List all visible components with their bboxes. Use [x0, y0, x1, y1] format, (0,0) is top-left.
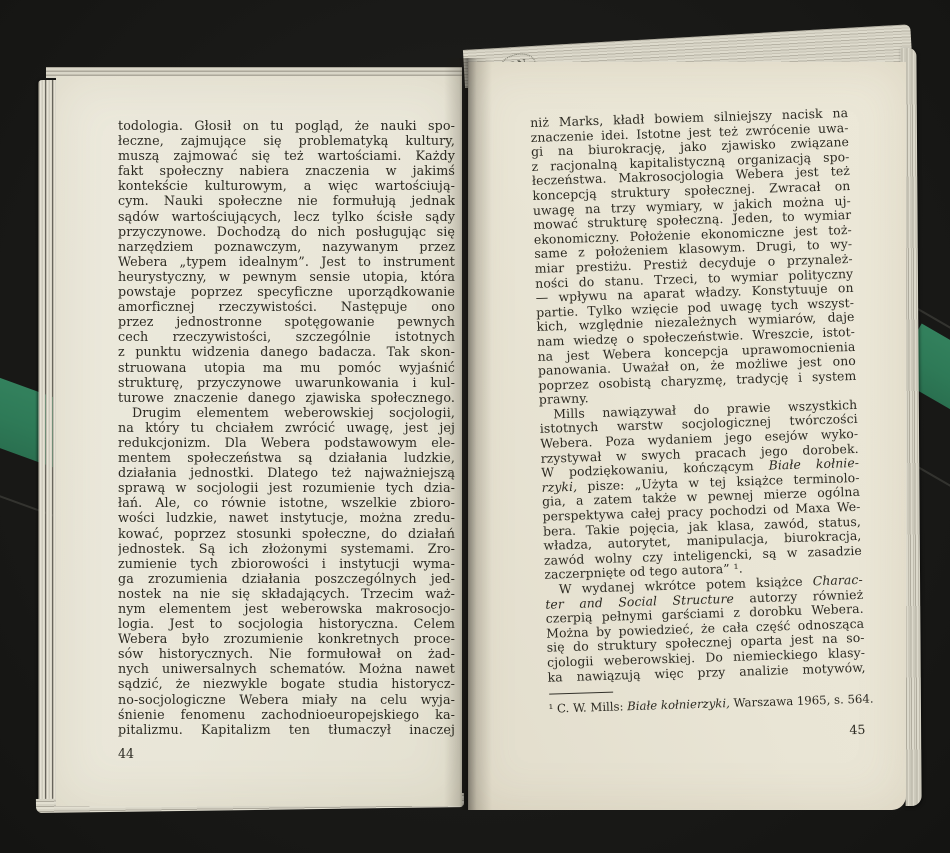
- text-line: ga zrozumienia działania poszczególnych …: [118, 571, 455, 586]
- text-run: redukcjonizm. Dla Webera podstawowym ele…: [118, 435, 455, 450]
- text-run: pitalizmu. Kapitalizm ten tłumaczył inac…: [118, 722, 455, 737]
- text-line: kować, poprzez stosunki społeczne, do dz…: [118, 526, 455, 541]
- italic-text-run: rzyki,: [541, 479, 577, 495]
- left-page-lines: todologia. Głosił on tu pogląd, że nauki…: [118, 118, 455, 737]
- text-run: na który tu chciałem zwrócić uwagę, jest…: [118, 420, 455, 435]
- text-line: cech rzeczywistości, szczególnie istotny…: [118, 329, 455, 344]
- text-line: cym. Nauki społeczne nie formułują jedna…: [118, 193, 455, 208]
- text-line: śnienie fenomenu zachodnioeuropejskiego …: [118, 707, 455, 722]
- right-page-text: niż Marks, kładł bowiem silniejszy nacis…: [530, 106, 868, 747]
- text-line: no-socjologiczne Webera miały na celu wy…: [118, 692, 455, 707]
- italic-text-run: Charac-: [813, 573, 863, 589]
- text-line: mentem społeczeństwa są działania ludzki…: [118, 450, 455, 465]
- text-run: muszą zajmować się też wartościami. Każd…: [118, 148, 455, 163]
- text-line: wości ludzkie, nawet instytucje, można z…: [118, 510, 455, 525]
- text-run: fakt społeczny nabiera znaczenia w jakim…: [118, 163, 455, 178]
- left-page: todologia. Głosił on tu pogląd, że nauki…: [56, 76, 462, 806]
- text-run: ga zrozumienia działania poszczególnych …: [118, 571, 455, 586]
- text-run: Webera „typem idealnym”. Jest to instrum…: [118, 254, 455, 269]
- text-run: ¹ C. W. Mills:: [548, 699, 627, 715]
- text-line: łeczne, zajmujące się problematyką kultu…: [118, 133, 455, 148]
- text-run: Drugim elementem weberowskiej socjologii…: [132, 405, 455, 420]
- text-run: sprawą w socjologii jest rozumienie tych…: [118, 480, 455, 495]
- text-run: cech rzeczywistości, szczególnie istotny…: [118, 329, 455, 344]
- text-line: sów historycznych. Nie formułował on żad…: [118, 646, 455, 661]
- text-line: na który tu chciałem zwrócić uwagę, jest…: [118, 420, 455, 435]
- text-line: narzędziem poznawczym, nazywanym przez: [118, 239, 455, 254]
- text-line: powstaje poprzez specyficzne uporządkowa…: [118, 284, 455, 299]
- text-line: todologia. Głosił on tu pogląd, że nauki…: [118, 118, 455, 133]
- text-run: przyczynowe. Dochodzą do nich posługując…: [118, 224, 455, 239]
- text-line: przez jednostronne spotęgowanie pewnych: [118, 314, 455, 329]
- text-run: no-socjologiczne Webera miały na celu wy…: [118, 692, 455, 707]
- text-line: sądów wartościujących, lecz tylko ścisłe…: [118, 209, 455, 224]
- text-run: wości ludzkie, nawet instytucje, można z…: [118, 510, 455, 525]
- text-run: Webera było zrozumienie konkretnych proc…: [118, 631, 455, 646]
- text-run: sądów wartościujących, lecz tylko ścisłe…: [118, 209, 455, 224]
- text-run: kować, poprzez stosunki społeczne, do dz…: [118, 526, 455, 541]
- text-line: muszą zajmować się też wartościami. Każd…: [118, 148, 455, 163]
- text-run: heurystyczny, w pewnym sensie utopia, kt…: [118, 269, 455, 284]
- text-line: sądzić, że niezwykle bogate studia histo…: [118, 676, 455, 691]
- text-line: amorficznej rzeczywistości. Następuje on…: [118, 299, 455, 314]
- text-run: śnienie fenomenu zachodnioeuropejskiego …: [118, 707, 455, 722]
- left-page-text: todologia. Głosił on tu pogląd, że nauki…: [118, 118, 455, 761]
- text-run: sów historycznych. Nie formułował on żad…: [118, 646, 455, 661]
- text-line: sprawą w socjologii jest rozumienie tych…: [118, 480, 455, 495]
- page-number-left: 44: [118, 746, 455, 761]
- text-run: amorficznej rzeczywistości. Następuje on…: [118, 299, 455, 314]
- text-run: Warszawa 1965, s. 564.: [730, 692, 874, 711]
- text-line: logia. Jest to socjologia historyczna. C…: [118, 616, 455, 631]
- left-page-side-edge: [38, 80, 57, 808]
- text-line: kontekście kulturowym, a więc wartościuj…: [118, 178, 455, 193]
- text-run: logia. Jest to socjologia historyczna. C…: [118, 616, 455, 631]
- text-run: narzędziem poznawczym, nazywanym przez: [118, 239, 455, 254]
- right-page-lines: niż Marks, kładł bowiem silniejszy nacis…: [530, 106, 866, 685]
- text-line: działania jednostki. Dlatego też najważn…: [118, 465, 455, 480]
- text-run: kontekście kulturowym, a więc wartościuj…: [118, 178, 455, 193]
- text-line: łań. Ale, co równie istotne, wszelkie zb…: [118, 495, 455, 510]
- footnote-separator: [549, 692, 613, 695]
- text-line: Webera było zrozumienie konkretnych proc…: [118, 631, 455, 646]
- text-run: struowana utopia ma mu pomóc wyjaśnić: [118, 360, 455, 375]
- text-line: nych uniwersalnych schematów. Można nawe…: [118, 661, 455, 676]
- text-run: nostek na nie się składających. Trzecim …: [118, 586, 455, 601]
- text-line: z punktu widzenia danego badacza. Tak sk…: [118, 344, 455, 359]
- text-run: jednostek. Są ich złożonymi systemami. Z…: [118, 541, 455, 556]
- text-run: cym. Nauki społeczne nie formułują jedna…: [118, 193, 455, 208]
- text-line: nostek na nie się składających. Trzecim …: [118, 586, 455, 601]
- text-line: nym elementem jest weberowska makrosocjo…: [118, 601, 455, 616]
- text-run: przez jednostronne spotęgowanie pewnych: [118, 314, 455, 329]
- text-run: sądzić, że niezwykle bogate studia histo…: [118, 676, 455, 691]
- text-line: struowana utopia ma mu pomóc wyjaśnić: [118, 360, 455, 375]
- text-line: fakt społeczny nabiera znaczenia w jakim…: [118, 163, 455, 178]
- text-run: nym elementem jest weberowska makrosocjo…: [118, 601, 455, 616]
- text-line: pitalizmu. Kapitalizm ten tłumaczył inac…: [118, 722, 455, 737]
- text-run: z punktu widzenia danego badacza. Tak sk…: [118, 344, 455, 359]
- text-run: zumienie tych zbiorowości i instytucji w…: [118, 556, 455, 571]
- text-line: zumienie tych zbiorowości i instytucji w…: [118, 556, 455, 571]
- text-line: jednostek. Są ich złożonymi systemami. Z…: [118, 541, 455, 556]
- text-line: przyczynowe. Dochodzą do nich posługując…: [118, 224, 455, 239]
- page-number-right: 45: [549, 722, 867, 747]
- text-run: łeczne, zajmujące się problematyką kultu…: [118, 133, 455, 148]
- text-line: strukturę, przyczynowe uwarunkowania i k…: [118, 375, 455, 390]
- text-run: turowe znaczenie danego zjawiska społecz…: [118, 390, 455, 405]
- text-run: prawny.: [539, 391, 589, 408]
- text-run: działania jednostki. Dlatego też najważn…: [118, 465, 455, 480]
- text-run: łań. Ale, co równie istotne, wszelkie zb…: [118, 495, 455, 510]
- right-page: niż Marks, kładł bowiem silniejszy nacis…: [468, 62, 906, 810]
- text-line: Webera „typem idealnym”. Jest to instrum…: [118, 254, 455, 269]
- text-line: redukcjonizm. Dla Webera podstawowym ele…: [118, 435, 455, 450]
- italic-text-run: Białe kołnierzyki,: [627, 696, 730, 713]
- text-run: nych uniwersalnych schematów. Można nawe…: [118, 661, 455, 676]
- text-run: todologia. Głosił on tu pogląd, że nauki…: [118, 118, 455, 133]
- text-line: heurystyczny, w pewnym sensie utopia, kt…: [118, 269, 455, 284]
- text-line: Drugim elementem weberowskiej socjologii…: [118, 405, 455, 420]
- text-run: mentem społeczeństwa są działania ludzki…: [118, 450, 455, 465]
- text-run: powstaje poprzez specyficzne uporządkowa…: [118, 284, 455, 299]
- text-run: strukturę, przyczynowe uwarunkowania i k…: [118, 375, 455, 390]
- text-line: turowe znaczenie danego zjawiska społecz…: [118, 390, 455, 405]
- footnote: ¹ C. W. Mills: Białe kołnierzyki, Warsza…: [548, 692, 866, 716]
